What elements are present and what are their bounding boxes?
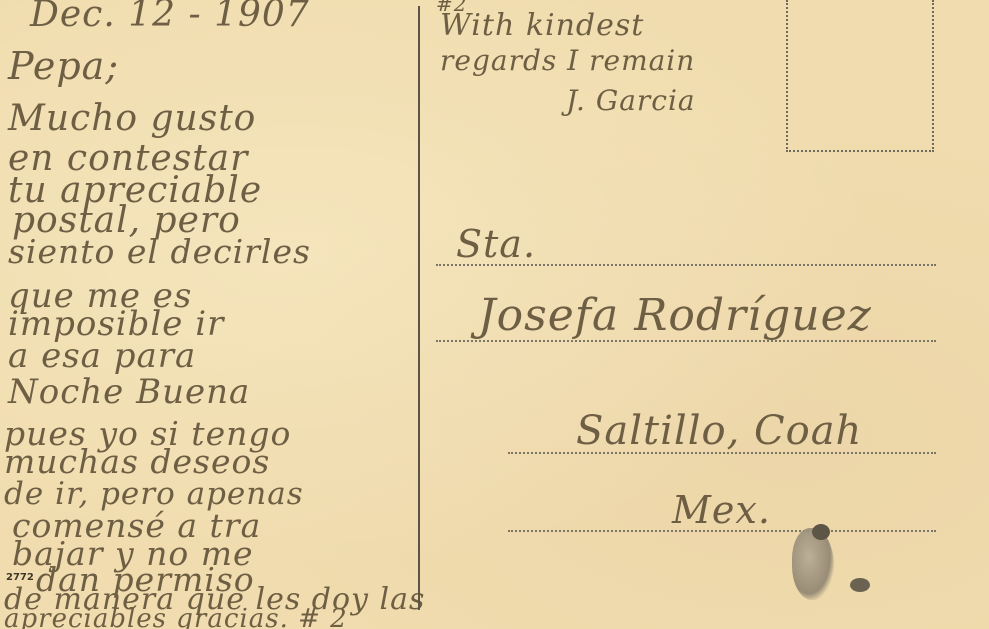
message-salutation: Pepa; — [8, 44, 119, 88]
message-line: siento el decirles — [8, 232, 311, 271]
postcard-back: Dec. 12 - 1907 Pepa; Mucho gusto en cont… — [0, 0, 989, 629]
ink-blot — [792, 528, 834, 600]
print-number: 2772 — [6, 572, 34, 583]
message-line: a esa para — [8, 336, 196, 376]
message-line: Mucho gusto — [8, 98, 256, 139]
address-city: Saltillo, Coah — [576, 408, 862, 454]
message-line: apreciables gracias. # 2 — [4, 604, 348, 629]
address-country: Mex. — [672, 488, 771, 532]
ink-blot — [850, 578, 870, 592]
ink-blot — [812, 524, 830, 540]
note-line: regards I remain — [440, 44, 695, 77]
message-date: Dec. 12 - 1907 — [30, 0, 310, 35]
address-name: Josefa Rodríguez — [478, 290, 872, 341]
stamp-placeholder-box — [786, 0, 934, 152]
message-line: Noche Buena — [8, 372, 250, 412]
center-divider — [418, 6, 420, 610]
note-signature: J. Garcia — [566, 84, 696, 117]
note-line: With kindest — [440, 8, 644, 43]
address-title: Sta. — [456, 222, 536, 266]
